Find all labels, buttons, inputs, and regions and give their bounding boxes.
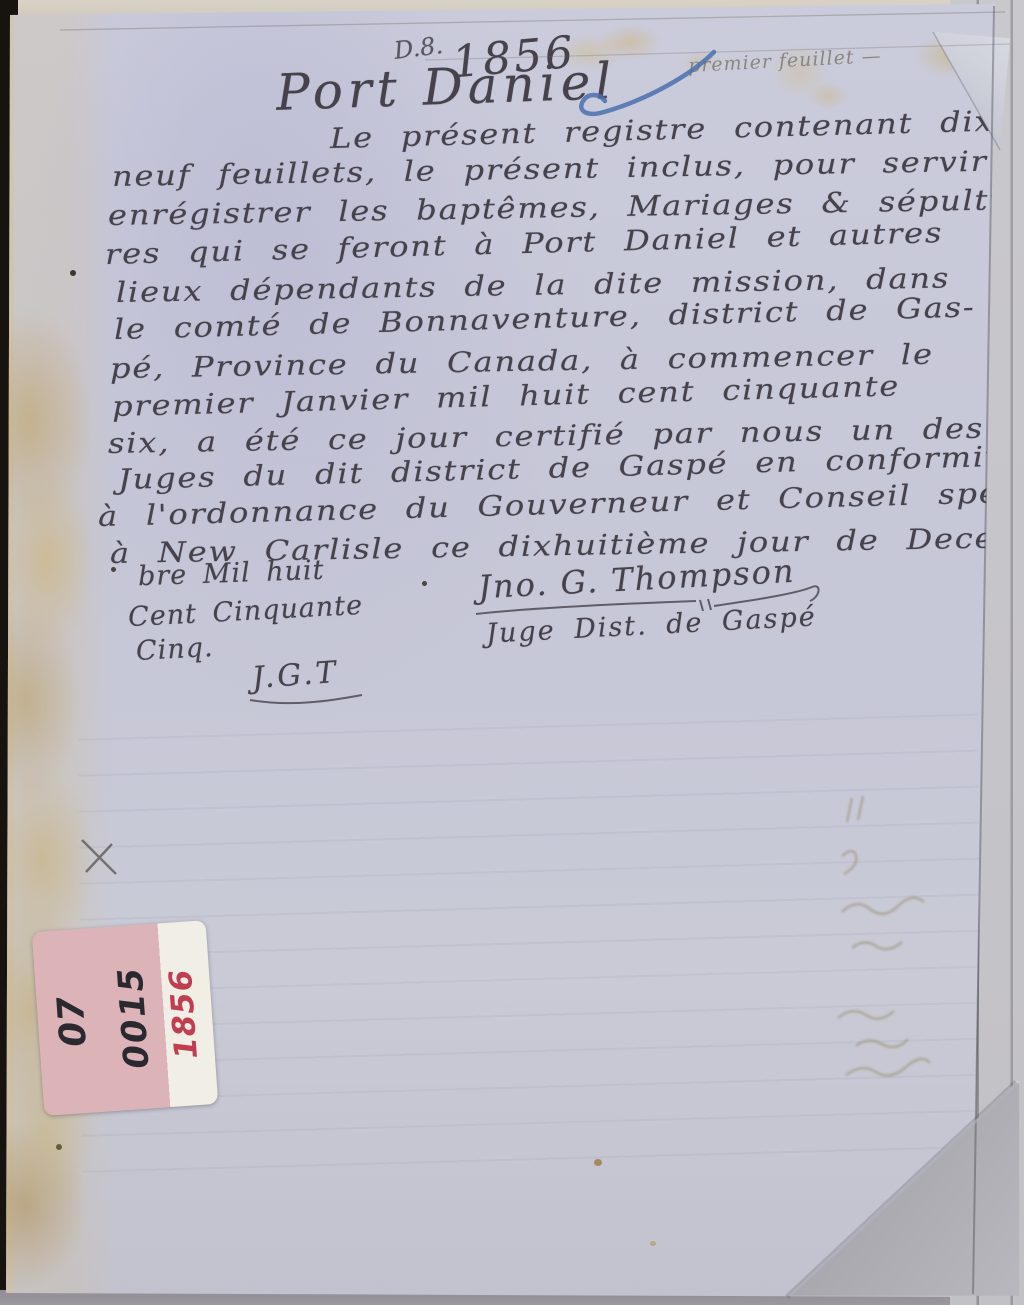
sticker-year: 1856 [162, 952, 210, 1074]
paper-speck [594, 1159, 602, 1166]
sticker-folio-number: 0015 [110, 956, 158, 1078]
archive-sticker: 07 0015 1856 [32, 920, 218, 1116]
paper-speck [650, 1241, 656, 1246]
sticker-sequence-number: 07 [48, 960, 96, 1082]
scanned-register-page: { "document": { "header": { "entry_code"… [0, 0, 1024, 1305]
folio-note: premier feuillet — [688, 45, 883, 77]
paper-speck [70, 270, 76, 276]
paper-speck [422, 581, 427, 586]
paper-speck [111, 567, 116, 572]
paper-speck [56, 1144, 62, 1150]
date-continuation-line: Cent Cinquante [127, 590, 363, 633]
date-continuation-line: Cinq. [135, 632, 214, 667]
ruled-lines-bleedthrough [78, 695, 983, 1184]
page-title: Port Daniel [275, 52, 617, 122]
signature-title: Juge Dist. de Gaspé [485, 601, 817, 649]
date-continuation-line: bre Mil huit [138, 555, 325, 592]
register-page: D.8. 1856 premier feuillet — Port Daniel… [0, 0, 1024, 1305]
clerk-initials: J.G.T [251, 655, 340, 696]
